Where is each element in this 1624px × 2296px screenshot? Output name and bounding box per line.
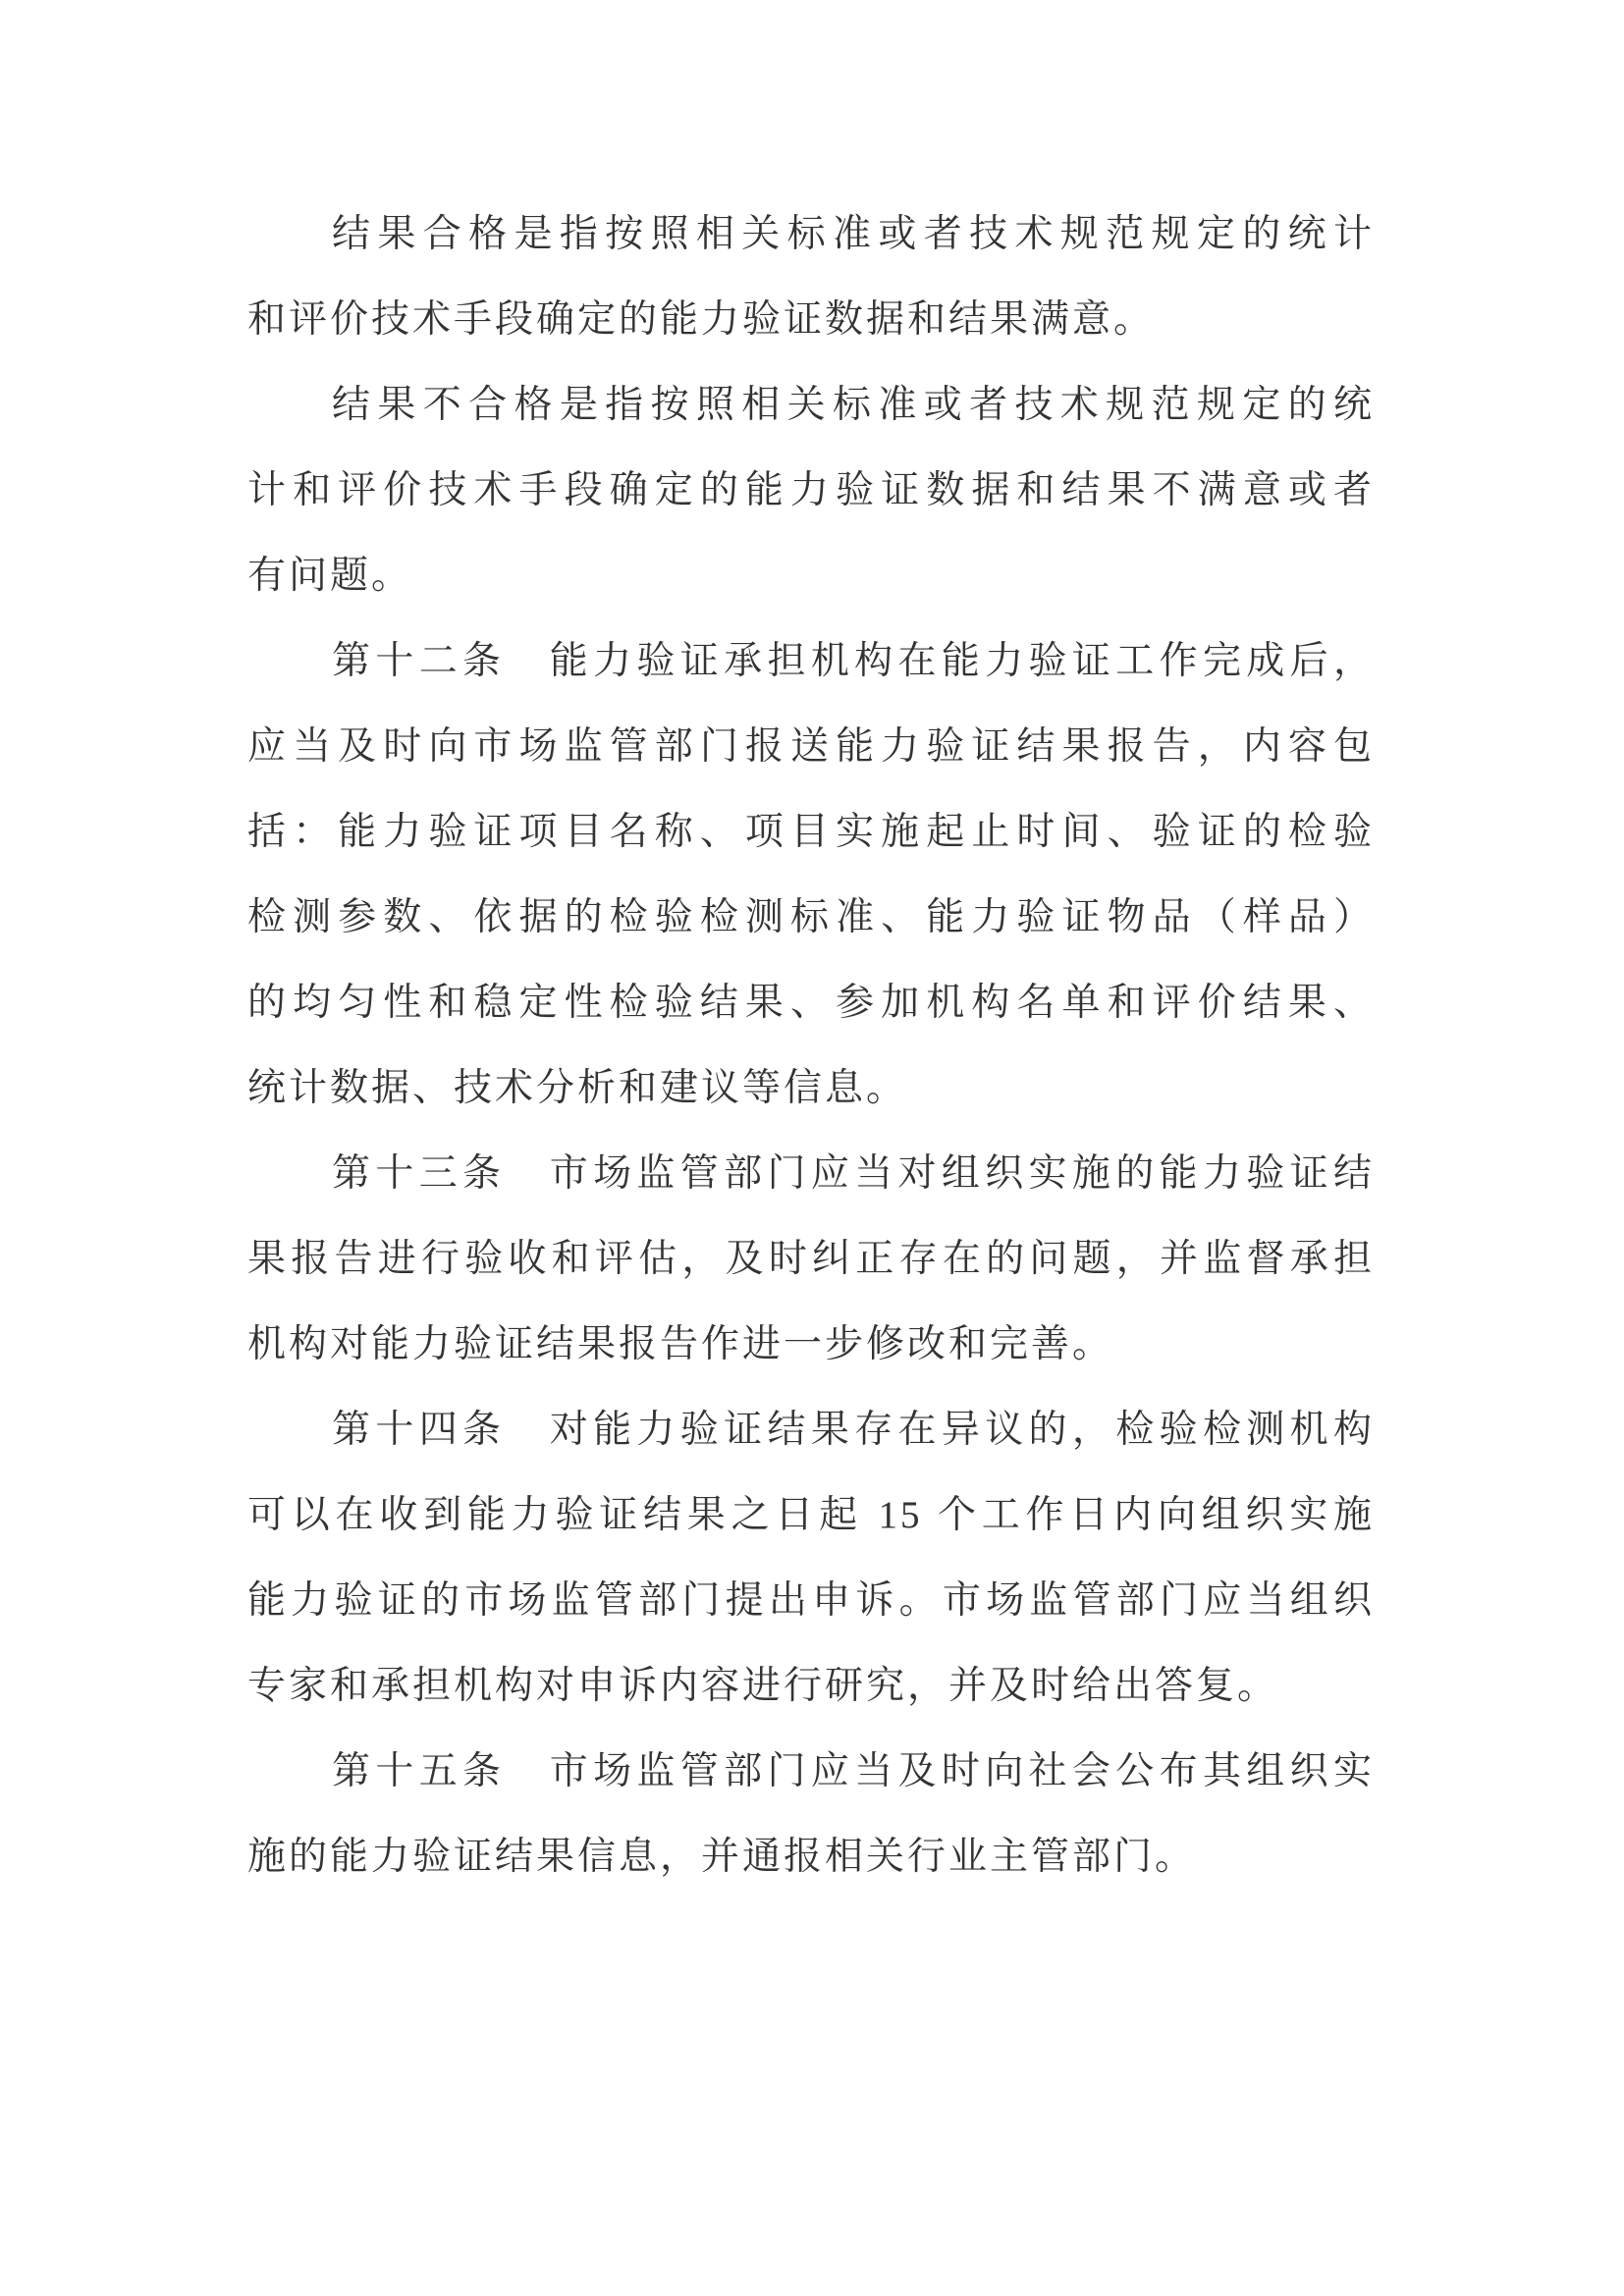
paragraph: 第十四条 对能力验证结果存在异议的，检验检测机构可以在收到能力验证结果之日起 1… (247, 1387, 1375, 1729)
text-line: 的均匀性和稳定性检验结果、参加机构名单和评价结果、 (247, 960, 1375, 1045)
text-line: 第十二条 能力验证承担机构在能力验证工作完成后， (247, 618, 1375, 704)
text-line: 检测参数、依据的检验检测标准、能力验证物品（样品） (247, 875, 1375, 960)
document-body: 结果合格是指按照相关标准或者技术规范规定的统计和评价技术手段确定的能力验证数据和… (247, 191, 1375, 1899)
text-line: 第十三条 市场监管部门应当对组织实施的能力验证结 (247, 1131, 1375, 1216)
text-line: 统计数据、技术分析和建议等信息。 (247, 1045, 1375, 1131)
paragraph: 结果合格是指按照相关标准或者技术规范规定的统计和评价技术手段确定的能力验证数据和… (247, 191, 1375, 362)
text-line: 专家和承担机构对申诉内容进行研究，并及时给出答复。 (247, 1643, 1375, 1729)
text-line: 有问题。 (247, 533, 1375, 618)
text-line: 第十五条 市场监管部门应当及时向社会公布其组织实 (247, 1729, 1375, 1814)
text-line: 机构对能力验证结果报告作进一步修改和完善。 (247, 1302, 1375, 1387)
text-line: 计和评价技术手段确定的能力验证数据和结果不满意或者 (247, 448, 1375, 533)
document-page: 结果合格是指按照相关标准或者技术规范规定的统计和评价技术手段确定的能力验证数据和… (0, 0, 1624, 2296)
text-line: 第十四条 对能力验证结果存在异议的，检验检测机构 (247, 1387, 1375, 1472)
paragraph: 第十五条 市场监管部门应当及时向社会公布其组织实施的能力验证结果信息，并通报相关… (247, 1729, 1375, 1899)
paragraph: 第十二条 能力验证承担机构在能力验证工作完成后，应当及时向市场监管部门报送能力验… (247, 618, 1375, 1131)
paragraph: 第十三条 市场监管部门应当对组织实施的能力验证结果报告进行验收和评估，及时纠正存… (247, 1131, 1375, 1387)
text-line: 结果合格是指按照相关标准或者技术规范规定的统计 (247, 191, 1375, 277)
text-line: 施的能力验证结果信息，并通报相关行业主管部门。 (247, 1814, 1375, 1899)
text-line: 结果不合格是指按照相关标准或者技术规范规定的统 (247, 362, 1375, 448)
text-line: 可以在收到能力验证结果之日起 15 个工作日内向组织实施 (247, 1472, 1375, 1558)
text-line: 果报告进行验收和评估，及时纠正存在的问题，并监督承担 (247, 1216, 1375, 1302)
text-line: 括：能力验证项目名称、项目实施起止时间、验证的检验 (247, 789, 1375, 875)
text-line: 能力验证的市场监管部门提出申诉。市场监管部门应当组织 (247, 1558, 1375, 1643)
paragraph: 结果不合格是指按照相关标准或者技术规范规定的统计和评价技术手段确定的能力验证数据… (247, 362, 1375, 618)
text-line: 和评价技术手段确定的能力验证数据和结果满意。 (247, 277, 1375, 362)
text-line: 应当及时向市场监管部门报送能力验证结果报告，内容包 (247, 704, 1375, 789)
